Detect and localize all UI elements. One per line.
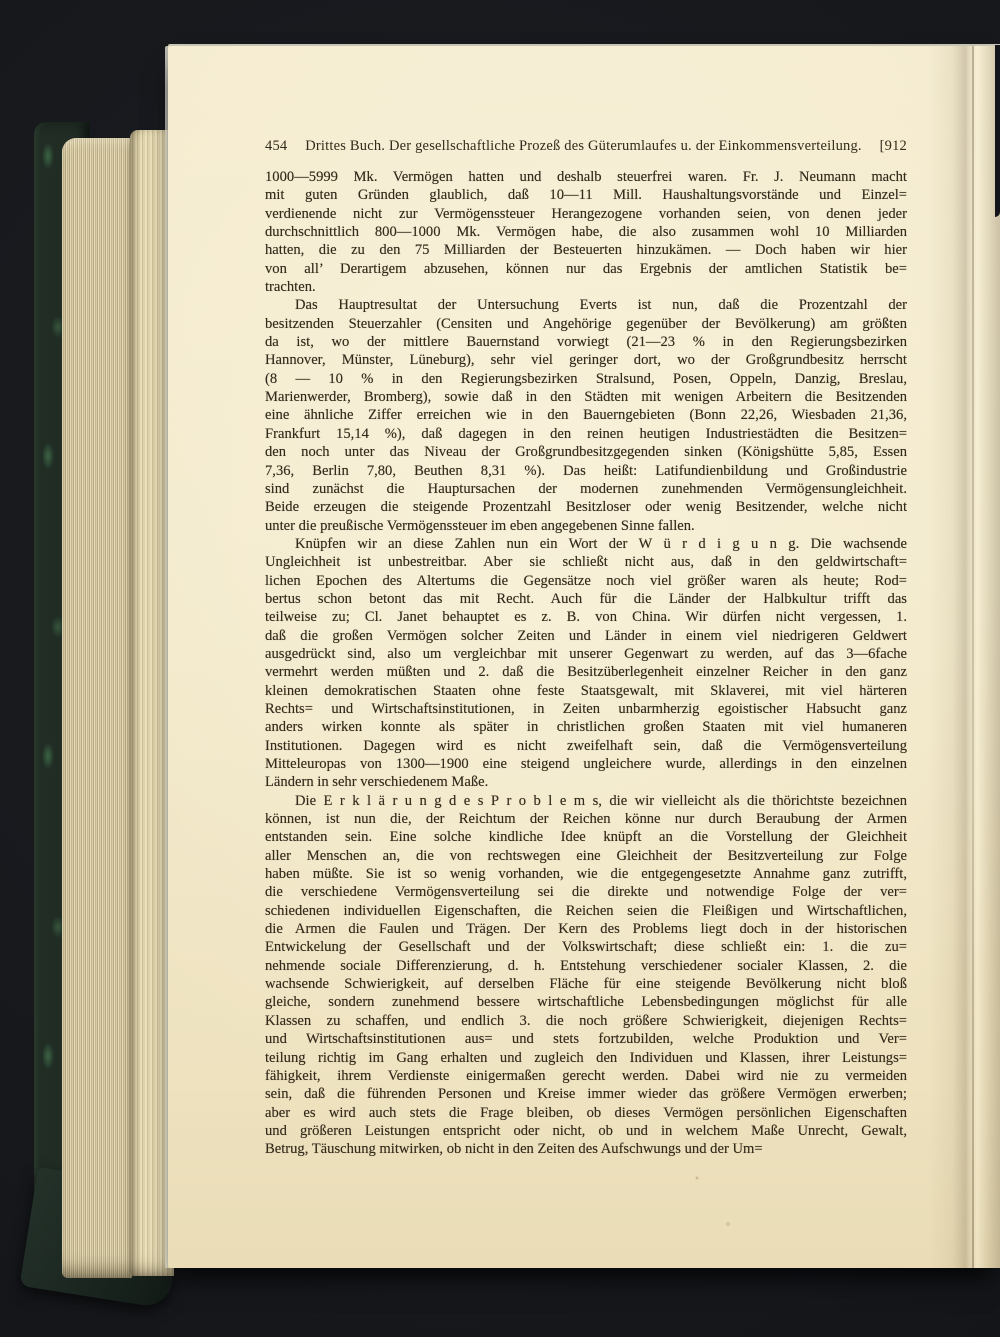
text-line: den noch unter das Niveau der Großgrundb…	[265, 443, 907, 461]
page-body-text: 1000—5999 Mk. Vermögen hatten und deshal…	[265, 168, 907, 1159]
text-line: Rechts= und Wirtschaftsinstitutionen, in…	[265, 700, 907, 718]
text-line: schiedenen individuellen Eigenschaften, …	[265, 902, 907, 920]
text-line: Betrug, Täuschung mitwirken, ob nicht in…	[265, 1140, 907, 1158]
text-line: kleinen demokratischen Staaten ohne fest…	[265, 682, 907, 700]
text-line: Beide erzeugen die steigende Prozentzahl…	[265, 498, 907, 516]
text-line: Das Hauptresultat der Untersuchung Evert…	[265, 296, 907, 314]
text-column: 454 Drittes Buch. Der gesellschaftliche …	[265, 138, 907, 1159]
book-page: 454 Drittes Buch. Der gesellschaftliche …	[168, 46, 1000, 1268]
text-line: anders wirken konnte als später in chris…	[265, 718, 907, 736]
text-line: sind zunächst die Hauptursachen der mode…	[265, 480, 907, 498]
text-line: Institutionen. Dagegen wird es nicht zwe…	[265, 737, 907, 755]
text-line: Ländern in sehr verschiedenem Maße.	[265, 773, 907, 791]
text-line: Ungleichheit ist unbestreitbar. Aber sie…	[265, 553, 907, 571]
text-line: und Wirtschaftsinstitutionen aus= und st…	[265, 1030, 907, 1048]
text-line: unter die preußische Vermögenssteuer im …	[265, 517, 907, 535]
text-line: hatten, die zu den 75 Milliarden der Bes…	[265, 241, 907, 259]
text-line: bertus schon betont das mit Recht. Auch …	[265, 590, 907, 608]
text-line: haben müßte. Sie ist so wenig vorhanden,…	[265, 865, 907, 883]
text-line: und größeren Leistungen entspricht oder …	[265, 1122, 907, 1140]
text-line: die verschiedene Vermögensverteilung sei…	[265, 883, 907, 901]
text-line: (8 — 10 % in den Regierungsbezirken Stra…	[265, 370, 907, 388]
text-line: gleiche, sondern zunehmend bessere wirts…	[265, 993, 907, 1011]
text-line: besitzenden Steuerzahler (Censiten und A…	[265, 315, 907, 333]
text-line: entstanden sein. Eine solche kindliche I…	[265, 828, 907, 846]
text-line: daß die großen Vermögen solcher Zeiten u…	[265, 627, 907, 645]
text-line: Marienwerder, Bromberg), sowie daß in de…	[265, 388, 907, 406]
header-title: Drittes Buch. Der gesellschaftliche Proz…	[287, 138, 879, 155]
page-edge-stack-outer	[62, 138, 132, 1278]
text-line: ausgedrückt sind, also um vergleichbar m…	[265, 645, 907, 663]
text-line: teilweise zu; Cl. Janet behauptet es z. …	[265, 608, 907, 626]
text-line: 7,36, Berlin 7,80, Beuthen 8,31 %). Das …	[265, 462, 907, 480]
gutter-shading	[928, 46, 1000, 1268]
text-line: wachsende Schwierigkeit, auf derselben F…	[265, 975, 907, 993]
text-line: nehmende sociale Differenzierung, d. h. …	[265, 957, 907, 975]
text-line: trachten.	[265, 278, 907, 296]
text-line: fähigkeit, ihrem Verdienste einigermaßen…	[265, 1067, 907, 1085]
text-line: von all’ Derartigem abzusehen, können nu…	[265, 260, 907, 278]
text-line: Die E r k l ä r u n g d e s P r o b l e …	[265, 792, 907, 810]
text-line: mit guten Gründen glaublich, daß 10—11 M…	[265, 186, 907, 204]
text-line: durchschnittlich 800—1000 Mk. Vermögen h…	[265, 223, 907, 241]
text-line: aber es wird auch stets die Frage bleibe…	[265, 1104, 907, 1122]
text-line: Klassen zu schaffen, und endlich 3. die …	[265, 1012, 907, 1030]
text-line: 1000—5999 Mk. Vermögen hatten und deshal…	[265, 168, 907, 186]
header-column-number: [912	[880, 138, 907, 155]
text-line: lichen Epochen des Altertums die Gegensä…	[265, 572, 907, 590]
text-line: teilung richtig im Gang erhalten und zug…	[265, 1049, 907, 1067]
header-page-number: 454	[265, 138, 287, 155]
gutter-crease	[972, 46, 974, 1268]
text-line: Knüpfen wir an diese Zahlen nun ein Wort…	[265, 535, 907, 553]
text-line: eine ähnliche Ziffer erreichen wie in de…	[265, 406, 907, 424]
text-line: die Armen die Faulen und Trägen. Der Ker…	[265, 920, 907, 938]
text-line: verdienende nicht zur Vermögenssteuer He…	[265, 205, 907, 223]
text-line: Mitteleuropas von 1300—1900 eine steigen…	[265, 755, 907, 773]
text-line: Frankfurt 15,14 %), daß dagegen in den r…	[265, 425, 907, 443]
photo-background: 454 Drittes Buch. Der gesellschaftliche …	[0, 0, 1000, 1337]
text-line: Entwickelung der Gesellschaft und der Vo…	[265, 938, 907, 956]
running-header: 454 Drittes Buch. Der gesellschaftliche …	[265, 138, 907, 155]
text-line: können, ist nun die, der Reichtum der Re…	[265, 810, 907, 828]
text-line: vermehrt werden müßten und 2. daß die Be…	[265, 663, 907, 681]
text-line: sein, daß die führenden Personen und Kre…	[265, 1085, 907, 1103]
text-line: aller Menschen an, die von rechtswegen e…	[265, 847, 907, 865]
text-line: Hannover, Münster, Lüneburg), sehr viel …	[265, 351, 907, 369]
text-line: da ist, wo der mittlere Bauernstand vorw…	[265, 333, 907, 351]
gutter-shadow	[995, 45, 1000, 217]
